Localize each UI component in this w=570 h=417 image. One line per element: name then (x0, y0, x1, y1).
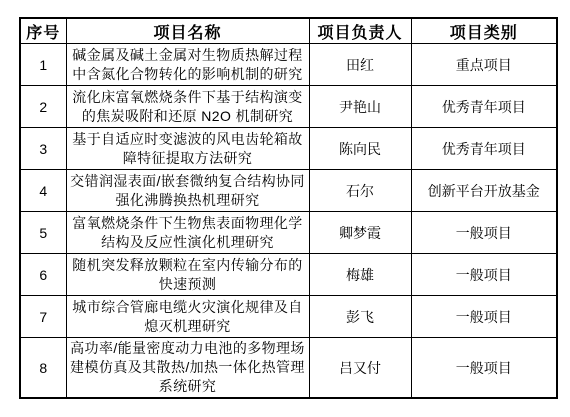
header-category: 项目类别 (411, 18, 557, 44)
header-row: 序号 项目名称 项目负责人 项目类别 (20, 18, 557, 44)
table-row: 3 基于自适应时变滤波的风电齿轮箱故障特征提取方法研究 陈向民 优秀青年项目 (20, 128, 557, 170)
leader-cell: 尹艳山 (309, 86, 411, 128)
row-number-cell: 3 (20, 128, 66, 170)
project-name-cell: 高功率/能量密度动力电池的多物理场建模仿真及其散热/加热一体化热管理系统研究 (66, 338, 309, 399)
projects-table: 序号 项目名称 项目负责人 项目类别 1 碱金属及碱土金属对生物质热解过程中含氮… (19, 17, 558, 399)
row-number-cell: 5 (20, 212, 66, 254)
project-name-cell: 城市综合管廊电缆火灾演化规律及自熄灭机理研究 (66, 296, 309, 338)
category-cell: 一般项目 (411, 254, 557, 296)
category-cell: 创新平台开放基金 (411, 170, 557, 212)
category-cell: 重点项目 (411, 44, 557, 86)
header-no: 序号 (20, 18, 66, 44)
project-name-cell: 交错润湿表面/嵌套微纳复合结构协同强化沸腾换热机理研究 (66, 170, 309, 212)
project-name-cell: 基于自适应时变滤波的风电齿轮箱故障特征提取方法研究 (66, 128, 309, 170)
category-cell: 优秀青年项目 (411, 128, 557, 170)
leader-cell: 石尔 (309, 170, 411, 212)
header-leader: 项目负责人 (309, 18, 411, 44)
category-cell: 一般项目 (411, 338, 557, 399)
table-row: 1 碱金属及碱土金属对生物质热解过程中含氮化合物转化的影响机制的研究 田红 重点… (20, 44, 557, 86)
row-number-cell: 4 (20, 170, 66, 212)
leader-cell: 田红 (309, 44, 411, 86)
row-number-cell: 7 (20, 296, 66, 338)
table-row: 2 流化床富氧燃烧条件下基于结构演变的焦炭吸附和还原 N2O 机制研究 尹艳山 … (20, 86, 557, 128)
leader-cell: 吕又付 (309, 338, 411, 399)
table-row: 7 城市综合管廊电缆火灾演化规律及自熄灭机理研究 彭飞 一般项目 (20, 296, 557, 338)
leader-cell: 梅雄 (309, 254, 411, 296)
table-row: 6 随机突发释放颗粒在室内传输分布的快速预测 梅雄 一般项目 (20, 254, 557, 296)
project-name-cell: 碱金属及碱土金属对生物质热解过程中含氮化合物转化的影响机制的研究 (66, 44, 309, 86)
table-row: 4 交错润湿表面/嵌套微纳复合结构协同强化沸腾换热机理研究 石尔 创新平台开放基… (20, 170, 557, 212)
leader-cell: 彭飞 (309, 296, 411, 338)
document-page: 序号 项目名称 项目负责人 项目类别 1 碱金属及碱土金属对生物质热解过程中含氮… (0, 0, 570, 417)
project-name-cell: 流化床富氧燃烧条件下基于结构演变的焦炭吸附和还原 N2O 机制研究 (66, 86, 309, 128)
row-number-cell: 8 (20, 338, 66, 399)
header-project-name: 项目名称 (66, 18, 309, 44)
category-cell: 一般项目 (411, 296, 557, 338)
table-row: 8 高功率/能量密度动力电池的多物理场建模仿真及其散热/加热一体化热管理系统研究… (20, 338, 557, 399)
project-name-cell: 随机突发释放颗粒在室内传输分布的快速预测 (66, 254, 309, 296)
leader-cell: 陈向民 (309, 128, 411, 170)
row-number-cell: 6 (20, 254, 66, 296)
leader-cell: 卿梦霞 (309, 212, 411, 254)
category-cell: 优秀青年项目 (411, 86, 557, 128)
project-name-cell: 富氧燃烧条件下生物焦表面物理化学结构及反应性演化机理研究 (66, 212, 309, 254)
category-cell: 一般项目 (411, 212, 557, 254)
row-number-cell: 1 (20, 44, 66, 86)
row-number-cell: 2 (20, 86, 66, 128)
table-row: 5 富氧燃烧条件下生物焦表面物理化学结构及反应性演化机理研究 卿梦霞 一般项目 (20, 212, 557, 254)
